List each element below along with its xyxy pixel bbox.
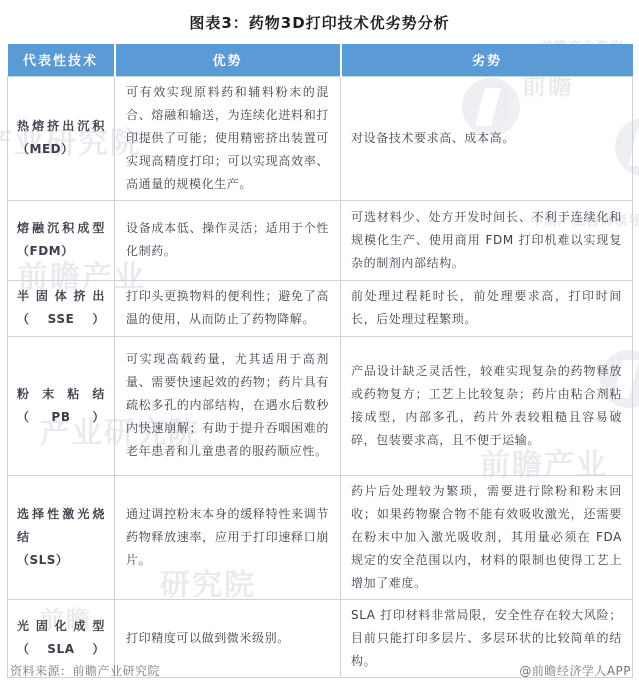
table-row: 粉末粘结（PB）可实现高载药量，尤其适用于高剂量、需要快速起效的药物；药片具有疏… bbox=[8, 336, 633, 475]
table-header-row: 代表性技术 优势 劣势 bbox=[8, 44, 633, 76]
figure-footer: 资料来源：前瞻产业研究院 @前瞻经济学人APP bbox=[10, 662, 631, 679]
technology-cell: 热熔挤出沉积（MED） bbox=[8, 76, 115, 200]
advantage-cell: 可有效实现原料药和辅料粉末的混合、熔融和输送，为连续化进料和打印提供了可能；使用… bbox=[115, 76, 341, 200]
technology-code: （FDM） bbox=[17, 240, 105, 263]
column-header-technology: 代表性技术 bbox=[8, 44, 115, 76]
technology-cell: 熔融沉积成型（FDM） bbox=[8, 200, 115, 280]
page-title: 图表3：药物3D打印技术优劣势分析 bbox=[0, 12, 639, 33]
table-row: 热熔挤出沉积（MED）可有效实现原料药和辅料粉末的混合、熔融和输送，为连续化进料… bbox=[8, 76, 633, 200]
disadvantage-cell: 可选材料少、处方开发时间长、不利于连续化和规模化生产、使用商用 FDM 打印机难… bbox=[341, 200, 633, 280]
column-header-advantage: 优势 bbox=[115, 44, 341, 76]
technology-name: 熔融沉积成型 bbox=[17, 217, 105, 240]
technology-name: 半固体挤出（SSE） bbox=[17, 285, 105, 331]
advantage-cell: 设备成本低、操作灵活；适用于个性化制药。 bbox=[115, 200, 341, 280]
table-row: 熔融沉积成型（FDM）设备成本低、操作灵活；适用于个性化制药。可选材料少、处方开… bbox=[8, 200, 633, 280]
disadvantage-cell: 产品设计缺乏灵活性，较难实现复杂的药物释放或药物复方；工艺上比较复杂；药片由粘合… bbox=[341, 336, 633, 475]
disadvantage-cell: 对设备技术要求高、成本高。 bbox=[341, 76, 633, 200]
technology-cell: 粉末粘结（PB） bbox=[8, 336, 115, 475]
technology-code: （MED） bbox=[17, 138, 105, 161]
table-row: 选择性激光烧结（SLS）通过调控粉末本身的缓释特性来调节药物释放速率，应用于打印… bbox=[8, 475, 633, 599]
table-row: 半固体挤出（SSE）打印头更换物料的便利性；避免了高温的使用，从而防止了药物降解… bbox=[8, 280, 633, 336]
source-note: 资料来源：前瞻产业研究院 bbox=[10, 662, 160, 679]
advantage-cell: 通过调控粉末本身的缓释特性来调节药物释放速率，应用于打印速释口崩片。 bbox=[115, 475, 341, 599]
advantage-cell: 打印头更换物料的便利性；避免了高温的使用，从而防止了药物降解。 bbox=[115, 280, 341, 336]
technology-name: 热熔挤出沉积 bbox=[17, 115, 105, 138]
brand-credit: @前瞻经济学人APP bbox=[519, 662, 631, 679]
disadvantage-cell: 前处理过程耗时长，前处理要求高，打印时间长，后处理过程繁琐。 bbox=[341, 280, 633, 336]
technology-cell: 半固体挤出（SSE） bbox=[8, 280, 115, 336]
technology-name: 光固化成型（SLA） bbox=[17, 615, 105, 661]
report-figure-page: 产业研究院 前瞻产业咨询 前瞻 前瞻产业 中国产业咨询领导者 产业研究院 前瞻产… bbox=[0, 0, 639, 698]
technology-name: 粉末粘结（PB） bbox=[17, 383, 105, 429]
column-header-disadvantage: 劣势 bbox=[341, 44, 633, 76]
advantage-cell: 可实现高载药量，尤其适用于高剂量、需要快速起效的药物；药片具有疏松多孔的内部结构… bbox=[115, 336, 341, 475]
technology-name: 选择性激光烧结 bbox=[17, 503, 105, 549]
technology-code: （SLS） bbox=[17, 549, 105, 572]
disadvantage-cell: 药片后处理较为繁琐，需要进行除粉和粉末回收；如果药物聚合物不能有效吸收激光，还需… bbox=[341, 475, 633, 599]
technology-cell: 选择性激光烧结（SLS） bbox=[8, 475, 115, 599]
tech-comparison-table: 代表性技术 优势 劣势 热熔挤出沉积（MED）可有效实现原料药和辅料粉末的混合、… bbox=[7, 44, 633, 678]
